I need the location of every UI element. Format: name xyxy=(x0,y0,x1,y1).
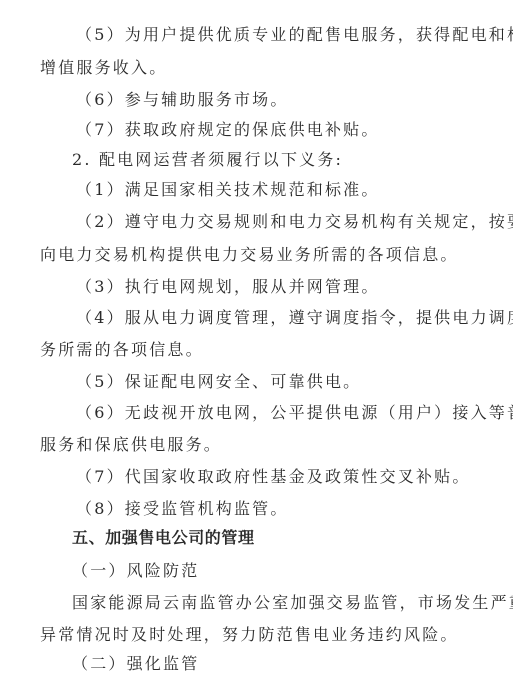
item-5-rights-line1: （5）为用户提供优质专业的配售电服务，获得配电和相关 xyxy=(76,25,476,45)
obligation-7: （7）代国家收取政府性基金及政策性交叉补贴。 xyxy=(76,467,476,487)
document-page: （5）为用户提供优质专业的配售电服务，获得配电和相关 增值服务收入。 （6）参与… xyxy=(0,0,513,680)
obligation-6-line2: 服务和保底供电服务。 xyxy=(40,435,476,455)
obligation-4-line1: （4）服从电力调度管理，遵守调度指令，提供电力调度业 xyxy=(76,308,476,328)
obligation-1: （1）满足国家相关技术规范和标准。 xyxy=(76,180,476,200)
item-5-rights-line2: 增值服务收入。 xyxy=(40,58,476,78)
obligation-2-line2: 向电力交易机构提供电力交易业务所需的各项信息。 xyxy=(40,245,476,265)
obligation-8: （8）接受监管机构监管。 xyxy=(76,499,476,519)
obligation-6-line1: （6）无歧视开放电网，公平提供电源（用户）接入等普遍 xyxy=(76,403,476,423)
item-6-rights: （6）参与辅助服务市场。 xyxy=(76,90,476,110)
obligations-heading: 2. 配电网运营者须履行以下义务: xyxy=(72,150,508,170)
risk-paragraph-line1: 国家能源局云南监管办公室加强交易监管，市场发生严重 xyxy=(72,593,508,613)
section-5-heading: 五、加强售电公司的管理 xyxy=(72,528,508,548)
obligation-5: （5）保证配电网安全、可靠供电。 xyxy=(76,372,476,392)
obligation-4-line2: 务所需的各项信息。 xyxy=(40,340,476,360)
obligation-3: （3）执行电网规划，服从并网管理。 xyxy=(76,277,476,297)
risk-paragraph-line2: 异常情况时及时处理，努力防范售电业务违约风险。 xyxy=(40,625,476,645)
subsection-risk-prevention: （一）风险防范 xyxy=(72,561,508,581)
obligation-2-line1: （2）遵守电力交易规则和电力交易机构有关规定，按要求 xyxy=(76,212,476,232)
subsection-strengthen-supervision: （二）强化监管 xyxy=(72,654,508,674)
item-7-rights: （7）获取政府规定的保底供电补贴。 xyxy=(76,120,476,140)
